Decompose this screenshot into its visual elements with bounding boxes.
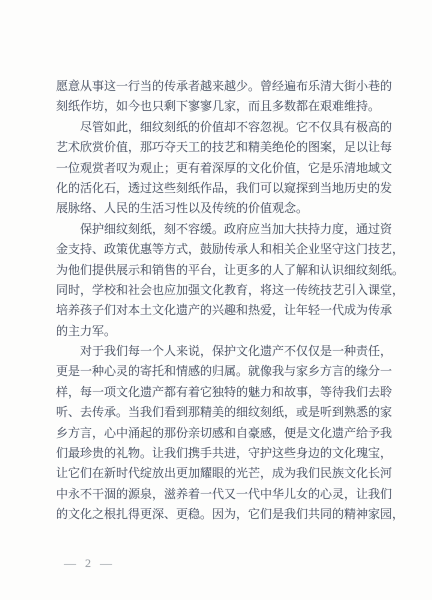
text-line: 展脉络、人民的生活习性以及传统的价值观念。	[56, 198, 398, 218]
text-line: 们最珍贵的礼物。让我们携手共进，守护这些身边的文化瑰宝，	[56, 443, 398, 463]
text-line: 为他们提供展示和销售的平台，让更多的人了解和认识细纹刻纸。	[56, 260, 398, 280]
page-number: — 2 —	[64, 556, 115, 571]
text-line: 更是一种心灵的寄托和情感的归属。就像我与家乡方言的缘分一	[56, 361, 398, 381]
text-line: 中永不干涸的源泉，滋养着一代又一代中华儿女的心灵，让我们	[56, 484, 398, 504]
text-line: 保护细纹刻纸，刻不容缓。政府应当加大扶持力度，通过资	[56, 219, 398, 239]
text-line: 样，每一项文化遗产都有着它独特的魅力和故事，等待我们去聆	[56, 382, 398, 402]
text-line: 艺术欣赏价值，那巧夺天工的技艺和精美绝伦的图案，足以让每	[56, 137, 398, 157]
text-line: 一位观赏者叹为观止；更有着深厚的文化价值，它是乐清地域文	[56, 158, 398, 178]
text-line: 同时，学校和社会也应加强文化教育，将这一传统技艺引入课堂，	[56, 280, 398, 300]
text-line: 让它们在新时代绽放出更加耀眼的光芒，成为我们民族文化长河	[56, 463, 398, 483]
text-line: 愿意从事这一行当的传承者越来越少。曾经遍布乐清大街小巷的	[56, 76, 398, 96]
text-line: 的文化之根扎得更深、更稳。因为，它们是我们共同的精神家园，	[56, 504, 398, 524]
text-line: 对于我们每一个人来说，保护文化遗产不仅仅是一种责任，	[56, 341, 398, 361]
text-line: 刻纸作坊，如今也只剩下寥寥几家，而且多数都在艰难维持。	[56, 96, 398, 116]
text-line: 金支持、政策优惠等方式，鼓励传承人和相关企业坚守这门技艺，	[56, 239, 398, 259]
text-line: 尽管如此，细纹刻纸的价值却不容忽视。它不仅具有极高的	[56, 117, 398, 137]
text-line: 听、去传承。当我们看到那精美的细纹刻纸，或是听到熟悉的家	[56, 402, 398, 422]
text-line: 培养孩子们对本土文化遗产的兴趣和热爱，让年轻一代成为传承	[56, 300, 398, 320]
text-line: 化的活化石，透过这些刻纸作品，我们可以窥探到当地历史的发	[56, 178, 398, 198]
text-line: 乡方言，心中涌起的那份亲切感和自豪感，便是文化遗产给予我	[56, 423, 398, 443]
text-line: 的主力军。	[56, 321, 398, 341]
essay-text-block: 愿意从事这一行当的传承者越来越少。曾经遍布乐清大街小巷的 刻纸作坊，如今也只剩下…	[56, 76, 398, 525]
document-page: 愿意从事这一行当的传承者越来越少。曾经遍布乐清大街小巷的 刻纸作坊，如今也只剩下…	[0, 0, 432, 600]
